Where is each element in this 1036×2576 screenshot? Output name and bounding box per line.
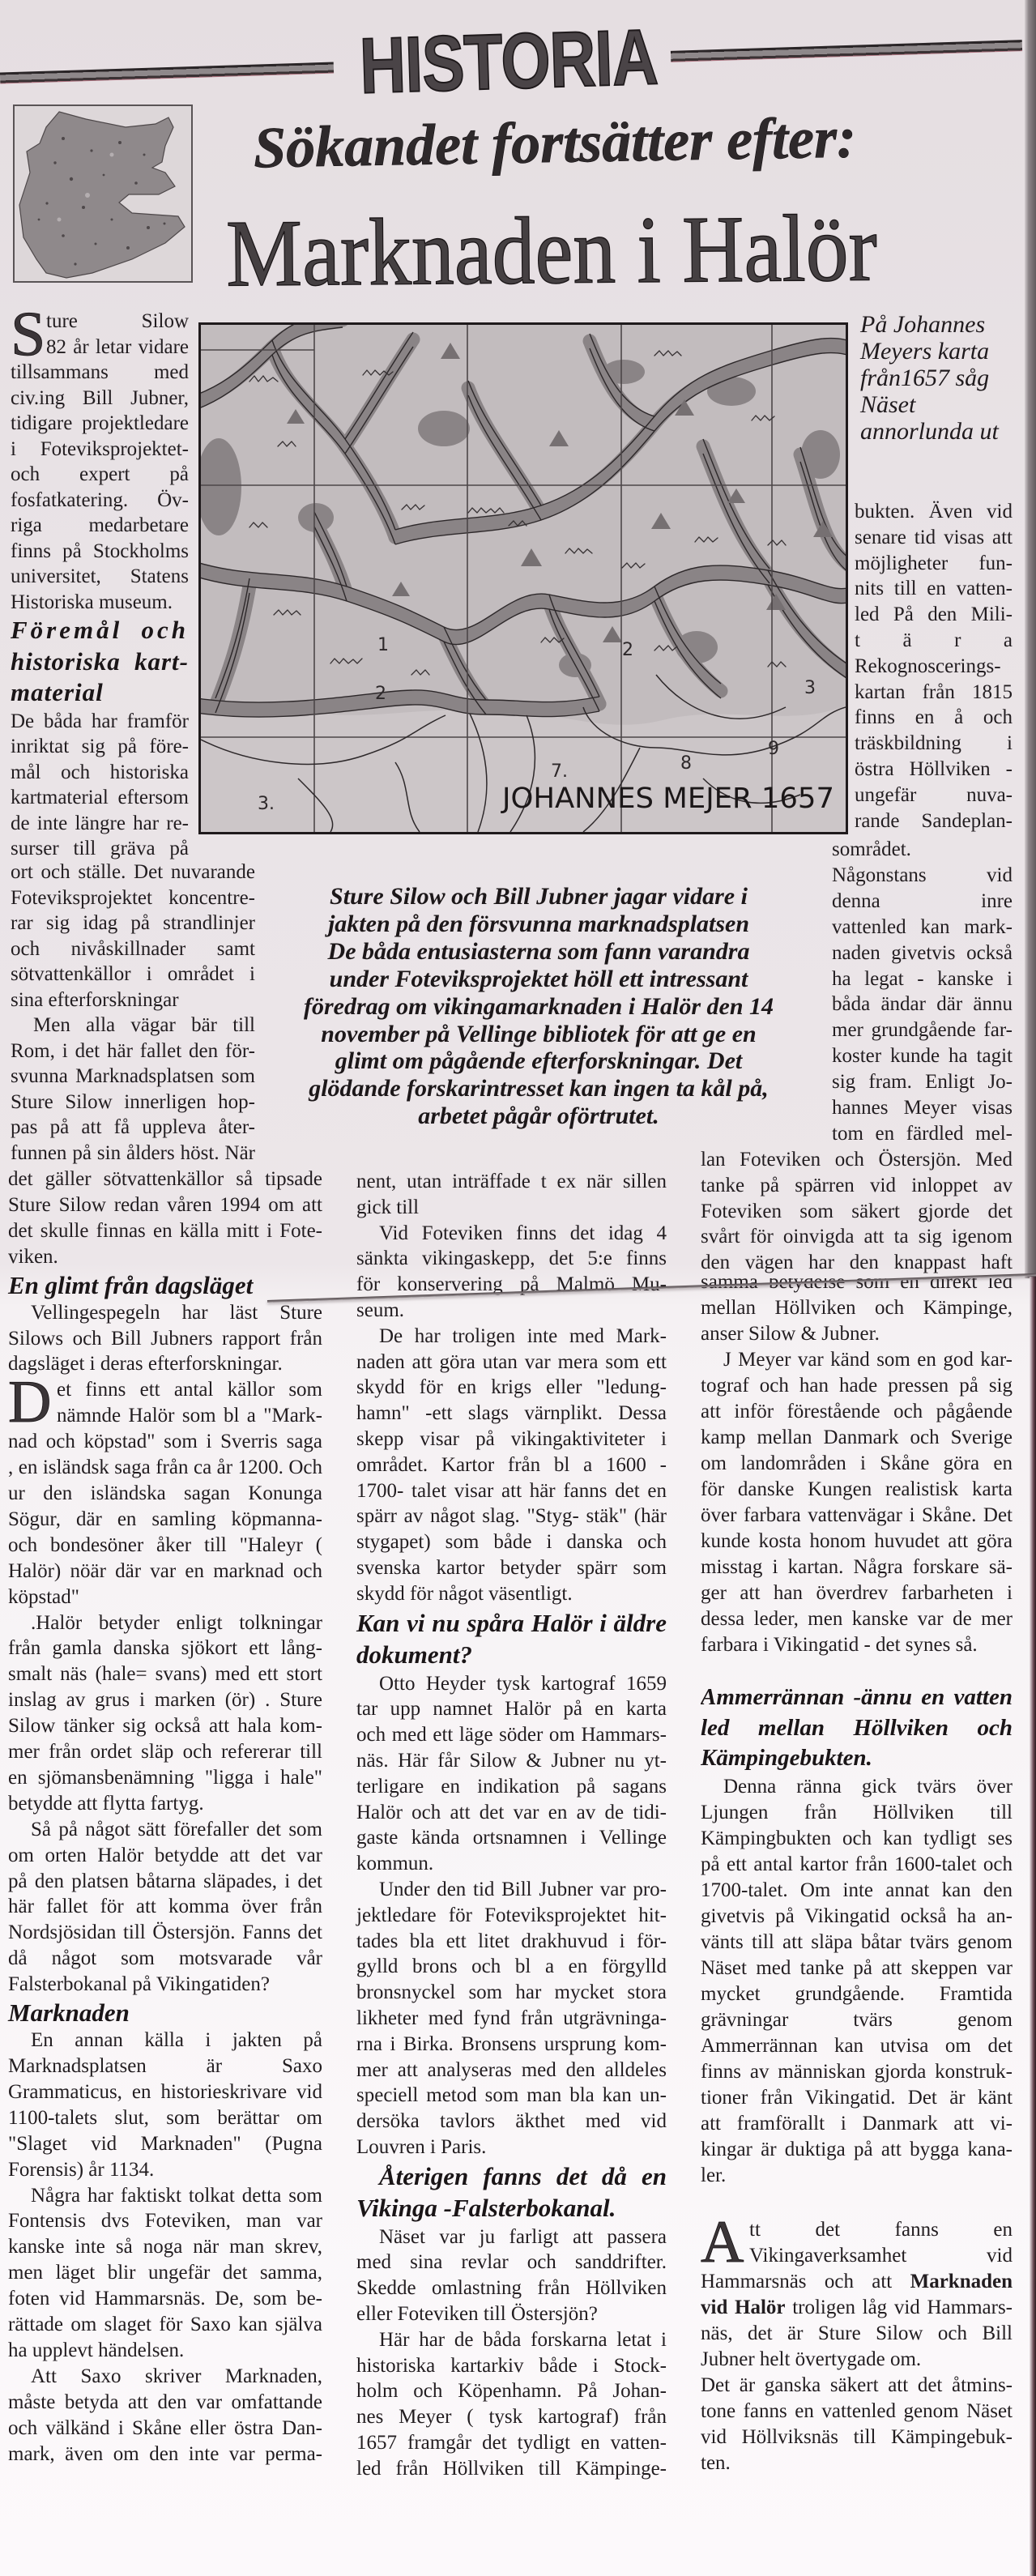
text-line: sig fram. Enligt Jo- — [832, 1069, 1013, 1095]
text-line: ler. — [701, 2163, 1013, 2189]
text-line: bukten. Även vid — [855, 499, 1013, 525]
caption-line: jakten på den försvunna marknadsplatsen — [296, 911, 782, 938]
scanner-edge-bottom — [1030, 1277, 1036, 2576]
text-line: denna inre — [832, 889, 1013, 915]
text-line: Sture Silow innerligen hop- — [11, 1090, 255, 1115]
text-line: kartan från 1815 — [855, 680, 1013, 706]
paragraph: J Meyer var känd som en god kar-tograf o… — [701, 1347, 1013, 1658]
text-line: vid Halör troligen låg vid Hammars- — [701, 2295, 1013, 2321]
text-line: En annan källa i jakten på — [8, 2028, 322, 2054]
caption-line: De båda entusiasterna som fann varandra — [296, 938, 782, 966]
text-line: t ä r a — [855, 628, 1013, 654]
text-line: på ett antal kartor från 1600-talet och — [701, 1852, 1013, 1878]
text-line: Återigen fanns det då en — [356, 2160, 667, 2193]
text-line: och bondesöner åker till "Haleyr ( — [8, 1533, 322, 1559]
paragraph: Att det fanns enVikingaverksamhet vidHam… — [701, 2217, 1013, 2373]
text-line: Vellingespegeln har läst Sture — [8, 1300, 322, 1326]
caption-line: under Foteviksprojektet höll ett intress… — [296, 966, 782, 993]
text-line: mer att analyseras med den alldeles — [356, 2058, 667, 2083]
text-line: led mellan Höllviken och — [701, 1713, 1013, 1744]
text-line: led På den Mili- — [855, 602, 1013, 628]
kicker: Sökandet fortsätter efter: — [242, 104, 867, 180]
text-line: mer grundgående far- — [832, 1017, 1013, 1043]
text-line: koster kunde ha tagit — [832, 1043, 1013, 1069]
paragraph: Vellingespegeln har läst StureSilows och… — [8, 1300, 322, 1378]
text-line: mycket grundgående. Framtida — [701, 1981, 1013, 2007]
text-line: Silows och Bill Jubners rapport från — [8, 1326, 322, 1352]
text-line: ger att han överdrev farbarheten i — [701, 1580, 1013, 1606]
text-run: troligen låg vid Hammars- — [786, 2297, 1013, 2318]
section-label: HISTORIA — [339, 15, 679, 106]
headline: Marknaden i Halör — [186, 195, 916, 307]
caption-line: från1657 såg — [860, 365, 1018, 391]
text-line: från gamla danska sjökort ett lång- — [8, 1636, 322, 1661]
paragraph: De har troligen inte med Mark-naden att … — [356, 1324, 667, 1607]
text-line: Hammarsnäs och att Marknaden — [701, 2269, 1013, 2295]
text-line: Fontensis dvs Foteviken, man var — [8, 2208, 322, 2234]
text-line: Halör) nöär där var en marknad och — [8, 1559, 322, 1584]
text-line: tades bla ett litet drakhuvud i för- — [356, 1929, 667, 1955]
text-line: mark, även om den inte var perma- — [8, 2442, 322, 2467]
text-line: Men alla vägar bär till — [11, 1013, 255, 1039]
text-line: naden att göra utan var mera som ett — [356, 1350, 667, 1375]
paragraph: Otto Heyder tysk kartograf 1659tar upp n… — [356, 1671, 667, 1877]
text-line: historiska kart- — [11, 646, 189, 678]
text-run: Marknaden — [910, 2271, 1013, 2292]
column-right-bottom: samma betydelse som en direkt ledmellan … — [701, 1269, 1013, 2476]
text-line: skydd för något väsentligt. — [356, 1581, 667, 1607]
text-line: grävningar tvärs genom — [701, 2007, 1013, 2033]
text-line: på den platsen båtarna släpades, i det — [8, 1869, 322, 1895]
text-line: Marknadsplatsen är Saxo — [8, 2054, 322, 2079]
text-line: kanske inte så noga när man skrev, — [8, 2234, 322, 2260]
text-line: näs, det är Sture Silow och Bill — [701, 2321, 1013, 2347]
text-line: tanke på spärren vid inloppet av — [701, 1173, 1013, 1199]
text-line: spärr av något slag. "Styg- stäk" (här — [356, 1503, 667, 1529]
text-line: historiska kartarkiv både i Stock- — [356, 2353, 667, 2379]
text-line: över farbara vattenvägar i Skåne. Det — [701, 1503, 1013, 1529]
text-line: Foteviken som säkert gjorde det — [701, 1199, 1013, 1225]
paragraph: lan Foteviken och Östersjön. Medtanke på… — [701, 1147, 1013, 1276]
caption-line: Meyers karta — [860, 338, 1018, 365]
paragraph: Det finns ett antal källor somnämnde Hal… — [8, 1377, 322, 1610]
text-line: svårt för oinvigda att ta sig igenom — [701, 1224, 1013, 1250]
header-rule-left — [0, 62, 334, 84]
paragraph: nent, utan inträffade t ex när sillengic… — [356, 1169, 667, 1221]
text-line: tt det fanns en — [701, 2217, 1013, 2243]
text-line: Rekognoscerings- — [855, 654, 1013, 680]
column-left-middle: ort och ställe. Det nuvarandeFotevikspro… — [11, 859, 255, 1166]
text-line: Näset var ju farligt att passera — [356, 2224, 667, 2250]
caption-line: föredrag om vikingamarknaden i Halör den… — [296, 993, 782, 1021]
paragraph: De båda har framförinriktat sig på före-… — [11, 709, 189, 862]
text-line: betydde att flytta fartyg. — [8, 1791, 322, 1817]
text-line: universitet, Statens — [11, 564, 189, 590]
subheading: Föremål ochhistoriska kart-material — [11, 615, 189, 709]
text-line: ha legat - kanske i — [832, 966, 1013, 992]
text-line: det gäller sötvattenkällor så tipsade — [8, 1166, 322, 1192]
text-line: och nivåskillnader samt — [11, 936, 255, 962]
caption-line: annorlunda ut — [860, 418, 1018, 445]
text-line: måste betyda att den var omfattande — [8, 2390, 322, 2416]
text-line: Sture Silow redan våren 1994 om att — [8, 1192, 322, 1218]
subheading: Marknaden — [8, 1998, 322, 2028]
text-line: foten vid Hammarsnäs. De, som be- — [8, 2286, 322, 2312]
text-line: Silow tänker sig också att hala kom- — [8, 1713, 322, 1739]
text-line: tioner från Vikingatid. Det är känt — [701, 2085, 1013, 2111]
text-line: rande Sandeplan- — [855, 808, 1013, 834]
text-line: 1657 framgår det tydligt en vatten- — [356, 2430, 667, 2456]
text-line: givetvis på Vikingatid också ha an- — [701, 1904, 1013, 1930]
paragraph: Vid Foteviken finns det idag 4sänkta vik… — [356, 1221, 667, 1324]
text-line: civ.ing Bill Jubner, — [11, 386, 189, 412]
text-line: finns på Stockholms — [11, 539, 189, 565]
text-line: stygapet) som både i danska och — [356, 1529, 667, 1555]
column-right-top: bukten. Även vidsenare tid visas attmöjl… — [855, 499, 1013, 834]
text-line: Historiska museum. — [11, 590, 189, 616]
text-line: rättade om slaget för Saxo kan själva — [8, 2312, 322, 2338]
text-line: funnen på sin ålders höst. När — [11, 1141, 255, 1166]
text-line: gaste kända ortsnamnen i Vellinge — [356, 1825, 667, 1851]
text-line: speciell metod som man bla kan un- — [356, 2083, 667, 2109]
text-line: en sjömansbenämning "ligga i hale" — [8, 1765, 322, 1791]
grid-number: 9 — [768, 739, 779, 759]
headline-text: Marknaden i Halör — [226, 195, 878, 306]
text-line: Marknaden — [8, 1998, 322, 2028]
text-line: Kämpingebukten. — [701, 1743, 1013, 1774]
paragraph: .Halör betyder enligt tolkningarfrån gam… — [8, 1610, 322, 1817]
text-line: Forensis) år 1134. — [8, 2157, 322, 2183]
text-line: nent, utan inträffade t ex när sillen — [356, 1169, 667, 1195]
text-line: nad och köpstad" som i Sverris saga — [8, 1429, 322, 1455]
text-line: Ammerrännan -ännu en vatten — [701, 1683, 1013, 1713]
text-line: sötvattenkällor i området i — [11, 962, 255, 987]
text-line: Föremål och — [11, 615, 189, 646]
text-line: gick till — [356, 1195, 667, 1221]
column-left-top: Sture Silow82 år letar vidaretillsammans… — [11, 309, 189, 862]
text-line: Någonstans vid — [832, 863, 1013, 889]
paragraph: Några har faktiskt tolkat detta somFonte… — [8, 2183, 322, 2364]
text-run: Hammarsnäs och att — [701, 2271, 910, 2292]
text-line: hamn" -ett slags värnplikt. Dessa — [356, 1401, 667, 1427]
text-line: Så på något sätt förefaller det som — [8, 1817, 322, 1843]
text-line: finns en å och — [855, 705, 1013, 731]
text-line: farbara i Vikingatid - det synes så. — [701, 1632, 1013, 1658]
text-line: möjligheter fun- — [855, 551, 1013, 577]
text-line: terligare en indikation på sagans — [356, 1774, 667, 1800]
text-line: Nordsjösidan till Östersjön. Fanns det — [8, 1920, 322, 1946]
paragraph: sområdet. — [832, 837, 1013, 863]
text-line: Foteviksprojektet koncentre- — [11, 885, 255, 911]
text-line: senare tid visas att — [855, 525, 1013, 551]
text-line: om landområden i Skåne göra en — [701, 1451, 1013, 1477]
paragraph: Under den tid Bill Jubner var pro-jektle… — [356, 1877, 667, 2160]
paragraph: Sture Silow82 år letar vidaretillsammans… — [11, 309, 189, 615]
text-line: och välkänd i Skåne eller östra Dan- — [8, 2416, 322, 2442]
caption-line: glödande forskarintresset kan ingen ta k… — [296, 1075, 782, 1102]
text-line: En glimt från dagsläget — [8, 1270, 322, 1300]
text-line: om orten Halör betydde att det var — [8, 1843, 322, 1869]
text-line: viken. — [8, 1244, 322, 1270]
photo-caption: Sture Silow och Bill Jubner jagar vidare… — [296, 883, 782, 1130]
text-line: båda ändar där ännu — [832, 992, 1013, 1017]
text-line: kingar är duktiga på att bygga kana- — [701, 2137, 1013, 2163]
text-line: näs. Här får Silow & Jubner nu yt- — [356, 1748, 667, 1774]
text-line: Falsterbokanal på Vikingatiden? — [8, 1972, 322, 1998]
header-rule-right — [671, 40, 1022, 62]
caption-line: arbetet pågår oförtrutet. — [296, 1102, 782, 1130]
text-line: Näset med tanke på att skeppen var — [701, 1955, 1013, 1981]
text-line: Skedde omlastning från Höllviken — [356, 2275, 667, 2301]
text-line: , en isländsk saga från ca år 1200. Och — [8, 1455, 322, 1481]
text-line: det skulle finnas en källa mitt i Fote- — [8, 1218, 322, 1244]
paragraph: Någonstans viddenna inrevattenled kan ma… — [832, 863, 1013, 1147]
text-line: 1100-talets slut, som berättar om — [8, 2105, 322, 2131]
text-line: De har troligen inte med Mark- — [356, 1324, 667, 1350]
text-line: den vägen har den knappast haft — [701, 1250, 1013, 1276]
text-line: ha upplevt händelsen. — [8, 2338, 322, 2364]
paragraph: Näset var ju farligt att passeramed sina… — [356, 2224, 667, 2327]
text-line: tar upp namnet Halör på en karta — [356, 1696, 667, 1722]
text-line: kunde kosta honom huvudet att göra — [701, 1529, 1013, 1555]
section-label-text: HISTORIA — [359, 17, 659, 104]
text-line: Louvren i Paris. — [356, 2135, 667, 2160]
text-line: Vikingaverksamhet vid — [701, 2243, 1013, 2269]
text-line: bronsnyckel som har mycket stora — [356, 1980, 667, 2006]
text-line: et finns ett antal källor som — [8, 1377, 322, 1403]
column-middle: nent, utan inträffade t ex när sillengic… — [356, 1169, 667, 2482]
text-line: kamp mellan Danmark och Sverige — [701, 1425, 1013, 1451]
paragraph: Så på något sätt förefaller det somom or… — [8, 1817, 322, 1998]
text-line: Vid Foteviken finns det idag 4 — [356, 1221, 667, 1247]
text-line: fosfatkatering. Öv- — [11, 488, 189, 514]
text-line: Ammerrännan kan utvisa om det — [701, 2033, 1013, 2059]
text-line: Halör och att det var en av de tidi- — [356, 1800, 667, 1826]
text-line: dessa leder, men kanske var de mer — [701, 1606, 1013, 1632]
text-line: rna i Birka. Bronsens ursprung kom- — [356, 2032, 667, 2058]
caption-line: Sture Silow och Bill Jubner jagar vidare… — [296, 883, 782, 911]
text-line: tograf och han hade pressen på sig — [701, 1373, 1013, 1399]
text-line: dokument? — [356, 1639, 667, 1671]
text-line: nits till en vatten- — [855, 576, 1013, 602]
text-line: men läget blir ungefär det samma, — [8, 2260, 322, 2286]
text-line: jektledare för Foteviksprojektet hit- — [356, 1903, 667, 1929]
text-line: inriktat sig på före- — [11, 734, 189, 760]
text-line: ungefär nuva- — [855, 783, 1013, 808]
text-line: vid Höllviksnäs till Kämpingebuk- — [701, 2425, 1013, 2450]
grid-number: 7. — [551, 761, 568, 782]
caption-line: På Johannes — [860, 311, 1018, 338]
text-line: mer från ordet släp och refererar till — [8, 1739, 322, 1765]
caption-line: november på Vellinge bibliotek för att g… — [296, 1021, 782, 1048]
text-line: Under den tid Bill Jubner var pro- — [356, 1877, 667, 1903]
text-line: nämnde Halör som bl a "Mark- — [8, 1403, 322, 1429]
caption-line: Näset — [860, 391, 1018, 418]
text-line: gylld brons och bl a en förgylld — [356, 1954, 667, 1980]
text-line: Denna ränna gick tvärs över — [701, 1774, 1013, 1800]
region-map-thumbnail — [13, 104, 193, 283]
text-line: Vikinga -Falsterbokanal. — [356, 2192, 667, 2224]
drop-cap: S — [11, 309, 43, 359]
text-line: vänts till att släpa båtar tvärs genom — [701, 1930, 1013, 1955]
text-line: "Slaget vid Marknaden" (Pugna — [8, 2131, 322, 2157]
text-line: tom en färdled mel- — [832, 1121, 1013, 1147]
text-line: mål och historiska — [11, 760, 189, 786]
text-line: ort och ställe. Det nuvarande — [11, 859, 255, 885]
text-line: att inför förestående och pågående — [701, 1399, 1013, 1425]
text-line: träskbildning i — [855, 731, 1013, 757]
text-line: naden givetvis också — [832, 940, 1013, 966]
paragraph: ort och ställe. Det nuvarandeFotevikspro… — [11, 859, 255, 1013]
text-line: anser Silow & Jubner. — [701, 1321, 1013, 1347]
skane-silhouette-icon — [15, 106, 191, 281]
text-line: svenska kartor betyder spärr som — [356, 1555, 667, 1581]
text-line: dersöka tavlors äkthet med vid — [356, 2109, 667, 2135]
drop-cap: A — [701, 2217, 744, 2267]
text-line: mellan Höllviken och Kämpinge, — [701, 1295, 1013, 1321]
text-line: då något som motsvarade vår — [8, 1946, 322, 1972]
text-line: för danske Kungen realistisk karta — [701, 1477, 1013, 1503]
text-line: hannes Meyer visas — [832, 1095, 1013, 1121]
historical-map: 1 2 3. 7. 8 9 2 3 JOHANNES MEJER 1657 — [198, 322, 848, 834]
text-line: Några har faktiskt tolkat detta som — [8, 2183, 322, 2209]
text-line: finns av människan gjorda konstruk- — [701, 2059, 1013, 2085]
text-line: 1700-talet. Om inte annat kan den — [701, 1878, 1013, 1904]
text-line: skydd för en krigs eller "ledung- — [356, 1375, 667, 1401]
column-right-middle: sområdet.Någonstans viddenna inrevattenl… — [832, 837, 1013, 1147]
grid-number: 2 — [375, 684, 386, 704]
subheading: Återigen fanns det då enVikinga -Falster… — [356, 2160, 667, 2224]
text-line: köpstad" — [8, 1584, 322, 1610]
paragraph: det gäller sötvattenkällor så tipsadeStu… — [8, 1166, 322, 1270]
grid-number: 1 — [377, 635, 389, 655]
text-line: J Meyer var känd som en god kar- — [701, 1347, 1013, 1373]
paragraph: Denna ränna gick tvärs överLjungen från … — [701, 1774, 1013, 2189]
text-line: vattenled kan mark- — [832, 915, 1013, 940]
text-line: ten. — [701, 2450, 1013, 2476]
scanner-edge-top — [1025, 0, 1036, 1278]
text-line: tidigare projektledare — [11, 411, 189, 437]
map-drawing: 1 2 3. 7. 8 9 2 3 JOHANNES MEJER 1657 — [201, 325, 846, 832]
text-run: vid Halör — [701, 2297, 786, 2318]
text-line: Kan vi nu spåra Halör i äldre — [356, 1607, 667, 1640]
text-line: Ljungen från Höllviken till — [701, 1800, 1013, 1826]
text-line: led från Höllviken till Kämpinge- — [356, 2456, 667, 2482]
text-line: dagsläget i deras efterforskningar. — [8, 1351, 322, 1377]
text-line: de inte längre har re- — [11, 811, 189, 837]
text-line: inslag av grus i marken (ör) . Sture — [8, 1687, 322, 1713]
text-line: pas på att få uppleva åter- — [11, 1115, 255, 1141]
text-line: tillsammans med — [11, 360, 189, 386]
text-line: misstag i kartan. Några forskare sä- — [701, 1555, 1013, 1580]
grid-number: 3 — [804, 678, 816, 698]
text-line: sområdet. — [832, 837, 1013, 863]
map-signature-label: JOHANNES MEJER 1657 — [501, 783, 834, 815]
text-line: ur den isländska sagan Konunga — [8, 1481, 322, 1507]
text-line: material — [11, 677, 189, 709]
text-line: holm och Köpenhamn. På Johan- — [356, 2378, 667, 2404]
subheading: En glimt från dagsläget — [8, 1270, 322, 1300]
text-line: här fallet för att komma över från — [8, 1894, 322, 1920]
text-line: Rom, i det här fallet den för- — [11, 1039, 255, 1064]
text-line: eller Foteviken till Östersjön? — [356, 2301, 667, 2327]
caption-line: glimt om pågående efterforskningar. Det — [296, 1047, 782, 1075]
text-line: Jubner helt övertygade om. — [701, 2347, 1013, 2373]
grid-number: 2 — [622, 640, 633, 660]
text-line: surser till gräva på — [11, 836, 189, 862]
text-line: likheter med fynd från utgrävninga- — [356, 2006, 667, 2032]
text-line: tone fanns en vattenled genom Näset — [701, 2399, 1013, 2425]
text-line: riga medarbetare — [11, 513, 189, 539]
paragraph: Det är ganska säkert att det åtmins-tone… — [701, 2373, 1013, 2476]
text-line: i Foteviksprojektet- — [11, 437, 189, 463]
text-line: sänkta vikingaskepp, det 5:e finns — [356, 1246, 667, 1272]
text-line: kartmaterial eftersom — [11, 785, 189, 811]
text-line: nes Meyer ( tysk kartograf) från — [356, 2404, 667, 2430]
text-line: seum. — [356, 1298, 667, 1324]
text-line: området. Kartor från bl a 1600 - — [356, 1452, 667, 1478]
drop-cap: D — [8, 1377, 52, 1427]
text-line: kommun. — [356, 1851, 667, 1877]
grid-number: 8 — [680, 753, 692, 774]
text-line: Det är ganska säkert att det åtmins- — [701, 2373, 1013, 2399]
text-line: östra Höllviken - — [855, 757, 1013, 783]
subheading: Ammerrännan -ännu en vattenled mellan Hö… — [701, 1683, 1013, 1774]
text-line: Här har de båda forskarna letat i — [356, 2327, 667, 2353]
paragraph: Men alla vägar bär tillRom, i det här fa… — [11, 1013, 255, 1166]
text-line: Sögur, där en samling köpmanna- — [8, 1507, 322, 1533]
text-line: skepp visar på vikingaktiviteter i — [356, 1427, 667, 1452]
paragraph: Att Saxo skriver Marknaden,måste betyda … — [8, 2364, 322, 2467]
text-line: De båda har framför — [11, 709, 189, 735]
text-line: lan Foteviken och Östersjön. Med — [701, 1147, 1013, 1173]
subheading: Kan vi nu spåra Halör i äldredokument? — [356, 1607, 667, 1671]
text-line: rar sig idag på strandlinjer — [11, 911, 255, 936]
text-line: med sina revlar och sanddrifter. — [356, 2250, 667, 2275]
map-side-caption: På JohannesMeyers kartafrån1657 sågNäset… — [860, 311, 1018, 445]
grid-number: 3. — [258, 794, 275, 814]
text-line: att framförallt i Danmark att vi- — [701, 2111, 1013, 2137]
paragraph: Här har de båda forskarna letat ihistori… — [356, 2327, 667, 2482]
newspaper-clipping: HISTORIA Sökandet fortsätter efter: Mark… — [0, 0, 1036, 2576]
text-line: .Halör betyder enligt tolkningar — [8, 1610, 322, 1636]
column-left-bottom: det gäller sötvattenkällor så tipsadeStu… — [8, 1166, 322, 2467]
text-line: och expert på — [11, 462, 189, 488]
text-line: Grammaticus, en historieskrivare vid — [8, 2079, 322, 2105]
paragraph: En annan källa i jakten påMarknadsplatse… — [8, 2028, 322, 2182]
text-line: Kämpingbukten och kan tydligt ses — [701, 1826, 1013, 1852]
column-right-above-fold: lan Foteviken och Östersjön. Medtanke på… — [701, 1147, 1013, 1276]
text-line: svunna Marknadsplatsen som — [11, 1064, 255, 1090]
text-line: Att Saxo skriver Marknaden, — [8, 2364, 322, 2390]
text-line: 1700- talet visar att här fanns det en — [356, 1478, 667, 1504]
text-line: sina efterforskningar — [11, 987, 255, 1013]
text-line: Otto Heyder tysk kartograf 1659 — [356, 1671, 667, 1697]
paragraph: bukten. Även vidsenare tid visas attmöjl… — [855, 499, 1013, 834]
text-line: och med ett läge söder om Hammars- — [356, 1722, 667, 1748]
text-line: smalt näs (hale= svans) med ett stort — [8, 1661, 322, 1687]
